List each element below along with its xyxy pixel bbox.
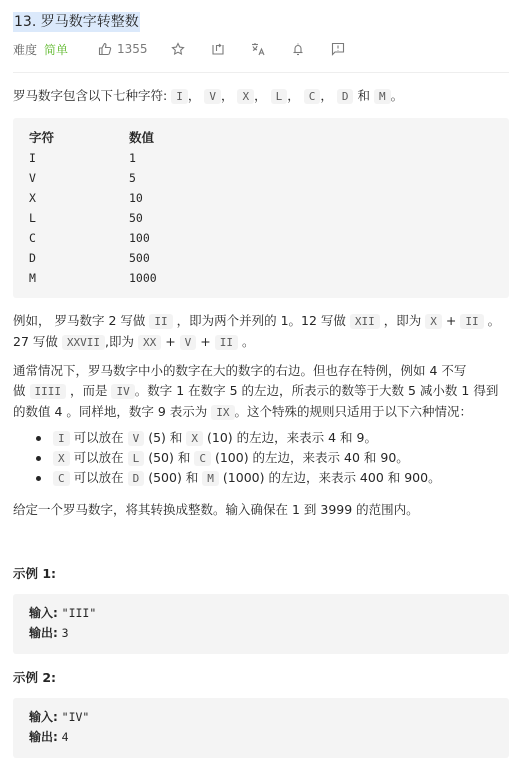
text: 可以放在 <box>74 430 124 445</box>
text: (500) 和 <box>148 470 198 485</box>
example-input-line: 输入: "IV" <box>29 707 89 727</box>
inline-code: IIII <box>30 384 67 399</box>
inline-code: C <box>304 89 321 104</box>
thumbs-up-icon[interactable] <box>97 41 113 57</box>
cell-value: 500 <box>129 248 229 268</box>
inline-code: V <box>128 431 145 446</box>
cell-value: 100 <box>129 228 229 248</box>
inline-code: D <box>128 471 145 486</box>
task-paragraph: 给定一个罗马数字，将其转换成整数。输入确保在 1 到 3999 的范围内。 <box>13 500 511 520</box>
text: 。 <box>242 334 255 349</box>
inline-code: I <box>53 431 70 446</box>
text: 的数值 4 。同样地，数字 9 表示为 <box>13 404 207 419</box>
text: 。这个特殊的规则只适用于以下六种情况： <box>235 404 473 419</box>
text: 通常情况下，罗马数字中小的数字在大的数字的右边。但也存在特例，例如 4 不写 <box>13 363 466 378</box>
text: ，即为两个并列的 1。12 写做 <box>177 313 346 328</box>
example-output-line: 输出: 3 <box>29 623 69 643</box>
special-case-paragraph: 通常情况下，罗马数字中小的数字在大的数字的右边。但也存在特例，例如 4 不写 做… <box>13 361 511 423</box>
text: 。 <box>488 313 501 328</box>
text: 例如， 罗马数字 2 写做 <box>13 313 145 328</box>
cell-symbol: X <box>29 188 129 208</box>
and-text: 和 <box>357 88 370 103</box>
inline-code: V <box>180 335 197 350</box>
inline-code: C <box>194 451 211 466</box>
text: ，而是 <box>70 383 108 398</box>
special-rules-list: I 可以放在 V (5) 和 X (10) 的左边，来表示 4 和 9。 X 可… <box>13 428 441 488</box>
cell-value: 1000 <box>129 268 229 288</box>
text: ,即为 <box>105 334 134 349</box>
header-value: 数值 <box>129 128 229 148</box>
sep: ， <box>320 88 333 103</box>
star-icon[interactable] <box>170 41 186 57</box>
sep: ， <box>221 88 234 103</box>
share-icon[interactable] <box>210 41 226 57</box>
symbol-value-table: 字符 数值 I1 V5 X10 L50 C100 D500 M1000 <box>13 118 509 298</box>
output-label: 输出: <box>29 626 58 640</box>
text: (10) 的左边，来表示 4 和 9。 <box>207 430 377 445</box>
text: 做 <box>13 383 26 398</box>
header-symbol: 字符 <box>29 128 129 148</box>
inline-code: I <box>171 89 188 104</box>
text: 可以放在 <box>74 470 124 485</box>
output-value: 4 <box>62 730 69 744</box>
text: (5) 和 <box>148 430 182 445</box>
plus: + <box>446 313 456 328</box>
intro-paragraph: 罗马数字包含以下七种字符: I， V， X， L， C， D 和 M。 <box>13 86 511 107</box>
cell-value: 10 <box>129 188 229 208</box>
list-item: C 可以放在 D (500) 和 M (1000) 的左边，来表示 400 和 … <box>53 468 441 488</box>
output-label: 输出: <box>29 730 58 744</box>
example-1-block: 输入: "III" 输出: 3 <box>13 594 509 654</box>
intro-text: 罗马数字包含以下七种字符: <box>13 88 167 103</box>
cell-symbol: V <box>29 168 129 188</box>
inline-code: X <box>237 89 254 104</box>
example-2-block: 输入: "IV" 输出: 4 <box>13 698 509 758</box>
like-count: 1355 <box>117 42 148 56</box>
inline-code: X <box>53 451 70 466</box>
inline-code: XII <box>350 314 380 329</box>
input-value: "IV" <box>62 710 90 724</box>
translate-icon[interactable] <box>250 41 266 57</box>
inline-code: II <box>149 314 172 329</box>
list-item: I 可以放在 V (5) 和 X (10) 的左边，来表示 4 和 9。 <box>53 428 441 448</box>
example-2-title: 示例 2: <box>13 668 56 686</box>
inline-code: X <box>186 431 203 446</box>
example-input-line: 输入: "III" <box>29 603 96 623</box>
cell-symbol: L <box>29 208 129 228</box>
inline-code: M <box>202 471 219 486</box>
text: (1000) 的左边，来表示 400 和 900。 <box>223 470 441 485</box>
list-item: X 可以放在 L (50) 和 C (100) 的左边，来表示 40 和 90。 <box>53 448 441 468</box>
cell-symbol: M <box>29 268 129 288</box>
inline-code: L <box>271 89 288 104</box>
difficulty-badge: 简单 <box>44 41 68 58</box>
sep: ， <box>188 88 201 103</box>
inline-code: XX <box>138 335 161 350</box>
inline-code: X <box>425 314 442 329</box>
cell-symbol: I <box>29 148 129 168</box>
inline-code: XXVII <box>62 335 105 350</box>
sep: ， <box>254 88 267 103</box>
plus: + <box>200 334 210 349</box>
inline-code: IX <box>211 405 234 420</box>
problem-meta-bar: 难度 简单 1355 <box>13 40 346 58</box>
cell-value: 50 <box>129 208 229 228</box>
inline-code: V <box>204 89 221 104</box>
example-paragraph: 例如， 罗马数字 2 写做 II ，即为两个并列的 1。12 写做 XII ，即… <box>13 311 511 353</box>
example-1-title: 示例 1: <box>13 564 56 582</box>
sep: ， <box>287 88 300 103</box>
header-divider <box>13 72 509 73</box>
inline-code: II <box>460 314 483 329</box>
text: ，即为 <box>384 313 422 328</box>
text: 可以放在 <box>74 450 124 465</box>
inline-code: M <box>374 89 391 104</box>
plus: + <box>165 334 175 349</box>
difficulty-label: 难度 <box>13 41 37 58</box>
inline-code: IV <box>111 384 134 399</box>
bell-icon[interactable] <box>290 41 306 57</box>
cell-value: 1 <box>129 148 229 168</box>
text: 27 写做 <box>13 334 58 349</box>
input-value: "III" <box>62 606 97 620</box>
problem-title: 13. 罗马数字转整数 <box>13 12 140 32</box>
inline-code: D <box>337 89 354 104</box>
inline-code: C <box>53 471 70 486</box>
input-label: 输入: <box>29 710 58 724</box>
inline-code: II <box>215 335 238 350</box>
cell-symbol: C <box>29 228 129 248</box>
example-output-line: 输出: 4 <box>29 727 69 747</box>
output-value: 3 <box>62 626 69 640</box>
end-punct: 。 <box>391 88 404 103</box>
feedback-icon[interactable] <box>330 41 346 57</box>
text: (100) 的左边，来表示 40 和 90。 <box>215 450 409 465</box>
text: (50) 和 <box>148 450 190 465</box>
cell-symbol: D <box>29 248 129 268</box>
text: 。数字 1 在数字 5 的左边，所表示的数等于大数 5 减小数 1 得到 <box>135 383 499 398</box>
inline-code: L <box>128 451 145 466</box>
input-label: 输入: <box>29 606 58 620</box>
cell-value: 5 <box>129 168 229 188</box>
